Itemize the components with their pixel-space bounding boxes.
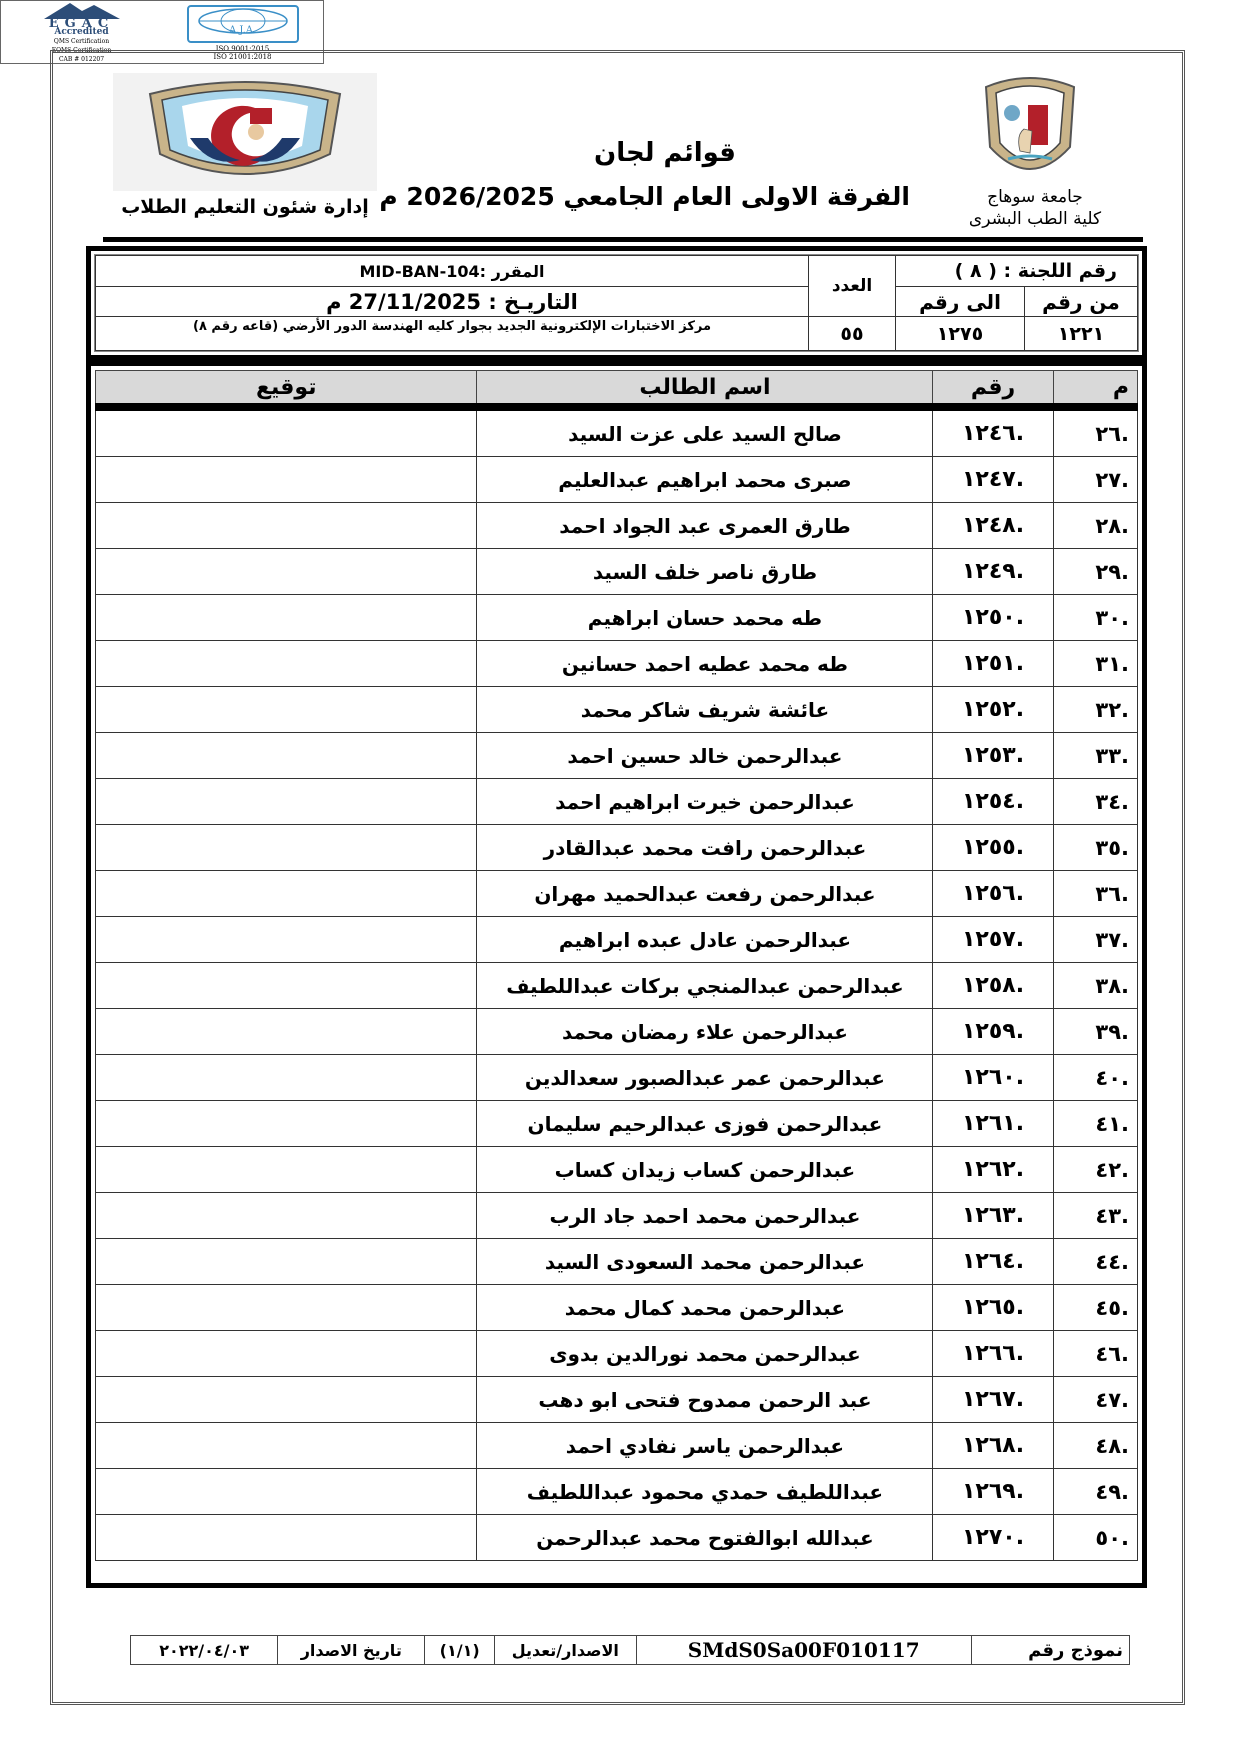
exam-date: التاريـخ : 27/11/2025 م — [96, 287, 809, 317]
form-code: SMdS0Sa00F010117 — [636, 1636, 971, 1665]
header-divider — [103, 237, 1143, 242]
table-row: .٣٧.١٢٥٧عبدالرحمن عادل عبده ابراهيم — [96, 917, 1138, 963]
signature-cell — [96, 1469, 477, 1515]
signature-cell — [96, 549, 477, 595]
student-number-cell: .١٢٥٧ — [933, 917, 1053, 963]
serial-cell: .٣٥ — [1053, 825, 1137, 871]
student-number-cell: .١٢٥٨ — [933, 963, 1053, 1009]
to-number-value: ١٢٧٥ — [896, 317, 1025, 351]
committee-number: رقم اللجنة : ( ٨ ) — [896, 256, 1138, 287]
signature-cell — [96, 963, 477, 1009]
issue-date-value: ٢٠٢٢/٠٤/٠٣ — [131, 1636, 278, 1665]
department-label: إدارة شئون التعليم الطلاب — [120, 196, 370, 218]
signature-cell — [96, 457, 477, 503]
signature-cell — [96, 1055, 477, 1101]
student-name-cell: عبدالرحمن خيرت ابراهيم احمد — [477, 779, 933, 825]
version-label: الاصدار/تعديل — [495, 1636, 637, 1665]
table-row: .٢٧.١٢٤٧صبرى محمد ابراهيم عبدالعليم — [96, 457, 1138, 503]
student-number-cell: .١٢٥٩ — [933, 1009, 1053, 1055]
student-name-cell: عبدالرحمن كساب زيدان كساب — [477, 1147, 933, 1193]
serial-cell: .٣٠ — [1053, 595, 1137, 641]
signature-cell — [96, 1515, 477, 1561]
signature-cell — [96, 407, 477, 457]
student-name-cell: طارق ناصر خلف السيد — [477, 549, 933, 595]
course-code: المقرر :MID-BAN-104 — [96, 256, 809, 287]
student-number-cell: .١٢٦٧ — [933, 1377, 1053, 1423]
globe-icon: A.J.A — [187, 5, 299, 43]
table-row: .٢٩.١٢٤٩طارق ناصر خلف السيد — [96, 549, 1138, 595]
student-name-cell: طه محمد حسان ابراهيم — [477, 595, 933, 641]
serial-cell: .٤٥ — [1053, 1285, 1137, 1331]
student-number-cell: .١٢٦٦ — [933, 1331, 1053, 1377]
student-number-cell: .١٢٤٨ — [933, 503, 1053, 549]
signature-cell — [96, 1193, 477, 1239]
student-number-cell: .١٢٤٦ — [933, 407, 1053, 457]
page-subtitle: الفرقة الاولى العام الجامعي 2026/2025 م — [410, 182, 910, 211]
table-row: .٤١.١٢٦١عبدالرحمن فوزى عبدالرحيم سليمان — [96, 1101, 1138, 1147]
student-name-cell: صبرى محمد ابراهيم عبدالعليم — [477, 457, 933, 503]
student-name-cell: طارق العمرى عبد الجواد احمد — [477, 503, 933, 549]
signature-cell — [96, 1331, 477, 1377]
page-title: قوائم لجان — [500, 138, 830, 168]
student-number-cell: .١٢٤٧ — [933, 457, 1053, 503]
student-number-cell: .١٢٦٣ — [933, 1193, 1053, 1239]
table-row: .٤٠.١٢٦٠عبدالرحمن عمر عبدالصبور سعدالدين — [96, 1055, 1138, 1101]
student-name-cell: عبدالرحمن رفعت عبدالحميد مهران — [477, 871, 933, 917]
serial-cell: .٤٠ — [1053, 1055, 1137, 1101]
table-header-row: م رقم اسم الطالب توقيع — [96, 371, 1138, 408]
sohag-university-logo — [975, 72, 1085, 190]
table-row: .٣٩.١٢٥٩عبدالرحمن علاء رمضان محمد — [96, 1009, 1138, 1055]
signature-cell — [96, 595, 477, 641]
university-name: جامعة سوهاج — [950, 186, 1120, 208]
student-number-cell: .١٢٦٠ — [933, 1055, 1053, 1101]
from-number-value: ١٢٢١ — [1025, 317, 1138, 351]
table-row: .٤٥.١٢٦٥عبدالرحمن محمد كمال محمد — [96, 1285, 1138, 1331]
table-row: .٣١.١٢٥١طه محمد عطيه احمد حسانين — [96, 641, 1138, 687]
serial-cell: .٤٤ — [1053, 1239, 1137, 1285]
signature-cell — [96, 1239, 477, 1285]
table-row: .٤٢.١٢٦٢عبدالرحمن كساب زيدان كساب — [96, 1147, 1138, 1193]
serial-cell: .٣٩ — [1053, 1009, 1137, 1055]
signature-cell — [96, 1377, 477, 1423]
serial-cell: .٤٩ — [1053, 1469, 1137, 1515]
issue-date-label: تاريخ الاصدار — [278, 1636, 425, 1665]
student-number-cell: .١٢٦٨ — [933, 1423, 1053, 1469]
student-name-cell: عبدالرحمن عبدالمنجي بركات عبداللطيف — [477, 963, 933, 1009]
student-name-cell: عبدالرحمن محمد احمد جاد الرب — [477, 1193, 933, 1239]
serial-cell: .٣٣ — [1053, 733, 1137, 779]
student-number-cell: .١٢٦٩ — [933, 1469, 1053, 1515]
serial-cell: .٥٠ — [1053, 1515, 1137, 1561]
signature-cell — [96, 825, 477, 871]
university-label: جامعة سوهاج كلية الطب البشرى — [950, 186, 1120, 230]
committee-info-box: رقم اللجنة : ( ٨ ) العدد المقرر :MID-BAN… — [86, 246, 1147, 360]
serial-cell: .٢٩ — [1053, 549, 1137, 595]
student-name-cell: عبدالله ابوالفتوح محمد عبدالرحمن — [477, 1515, 933, 1561]
committee-info-table: رقم اللجنة : ( ٨ ) العدد المقرر :MID-BAN… — [95, 255, 1138, 351]
student-name-cell: عبدالرحمن فوزى عبدالرحيم سليمان — [477, 1101, 933, 1147]
student-name-cell: عبداللطيف حمدي محمود عبداللطيف — [477, 1469, 933, 1515]
table-row: .٤٤.١٢٦٤عبدالرحمن محمد السعودى السيد — [96, 1239, 1138, 1285]
student-number-cell: .١٢٧٠ — [933, 1515, 1053, 1561]
form-footer: نموذج رقم SMdS0Sa00F010117 الاصدار/تعديل… — [130, 1635, 1130, 1665]
serial-cell: .٢٧ — [1053, 457, 1137, 503]
serial-cell: .٣٤ — [1053, 779, 1137, 825]
serial-cell: .٤٨ — [1053, 1423, 1137, 1469]
faculty-crest-icon — [130, 76, 360, 188]
student-number-cell: .١٢٥٠ — [933, 595, 1053, 641]
signature-cell — [96, 733, 477, 779]
table-row: .٢٨.١٢٤٨طارق العمرى عبد الجواد احمد — [96, 503, 1138, 549]
student-number-cell: .١٢٥٣ — [933, 733, 1053, 779]
table-row: .٤٧.١٢٦٧عبد الرحمن ممدوح فتحى ابو دهب — [96, 1377, 1138, 1423]
student-number-cell: .١٢٦٤ — [933, 1239, 1053, 1285]
serial-cell: .٤٢ — [1053, 1147, 1137, 1193]
student-number-cell: .١٢٦٥ — [933, 1285, 1053, 1331]
serial-cell: .٤١ — [1053, 1101, 1137, 1147]
table-row: .٤٨.١٢٦٨عبدالرحمن ياسر نفادي احمد — [96, 1423, 1138, 1469]
student-name-cell: عبدالرحمن محمد السعودى السيد — [477, 1239, 933, 1285]
table-row: .٤٩.١٢٦٩عبداللطيف حمدي محمود عبداللطيف — [96, 1469, 1138, 1515]
count-label: العدد — [809, 256, 896, 317]
version-value: (١/١) — [425, 1636, 495, 1665]
signature-cell — [96, 917, 477, 963]
student-number-cell: .١٢٥١ — [933, 641, 1053, 687]
student-number-cell: .١٢٦٢ — [933, 1147, 1053, 1193]
signature-cell — [96, 1423, 477, 1469]
student-name-cell: صالح السيد على عزت السيد — [477, 407, 933, 457]
header-signature: توقيع — [96, 371, 477, 408]
student-name-cell: عبدالرحمن محمد نورالدين بدوى — [477, 1331, 933, 1377]
exam-location: مركز الاختبارات الإلكترونية الجديد بجوار… — [96, 317, 809, 351]
student-number-cell: .١٢٥٤ — [933, 779, 1053, 825]
svg-text:A.J.A: A.J.A — [228, 25, 254, 36]
student-name-cell: عبدالرحمن محمد كمال محمد — [477, 1285, 933, 1331]
student-name-cell: عبد الرحمن ممدوح فتحى ابو دهب — [477, 1377, 933, 1423]
students-table: م رقم اسم الطالب توقيع .٢٦.١٢٤٦صالح السي… — [95, 370, 1138, 1561]
header-student-name: اسم الطالب — [477, 371, 933, 408]
table-row: .٢٦.١٢٤٦صالح السيد على عزت السيد — [96, 407, 1138, 457]
serial-cell: .٤٦ — [1053, 1331, 1137, 1377]
table-row: .٣٥.١٢٥٥عبدالرحمن رافت محمد عبدالقادر — [96, 825, 1138, 871]
serial-cell: .٤٣ — [1053, 1193, 1137, 1239]
student-name-cell: طه محمد عطيه احمد حسانين — [477, 641, 933, 687]
student-name-cell: عبدالرحمن عمر عبدالصبور سعدالدين — [477, 1055, 933, 1101]
serial-cell: .٣٦ — [1053, 871, 1137, 917]
student-number-cell: .١٢٥٢ — [933, 687, 1053, 733]
header-serial: م — [1053, 371, 1137, 408]
from-number-label: من رقم — [1025, 287, 1138, 317]
student-name-cell: عبدالرحمن خالد حسين احمد — [477, 733, 933, 779]
students-table-box: م رقم اسم الطالب توقيع .٢٦.١٢٤٦صالح السي… — [86, 360, 1147, 1588]
university-crest-icon — [980, 73, 1080, 189]
signature-cell — [96, 1147, 477, 1193]
table-row: .٣٤.١٢٥٤عبدالرحمن خيرت ابراهيم احمد — [96, 779, 1138, 825]
table-row: .٤٣.١٢٦٣عبدالرحمن محمد احمد جاد الرب — [96, 1193, 1138, 1239]
serial-cell: .٤٧ — [1053, 1377, 1137, 1423]
student-number-cell: .١٢٦١ — [933, 1101, 1053, 1147]
count-value: ٥٥ — [809, 317, 896, 351]
serial-cell: .٣٧ — [1053, 917, 1137, 963]
student-name-cell: عائشة شريف شاكر محمد — [477, 687, 933, 733]
serial-cell: .٢٦ — [1053, 407, 1137, 457]
table-row: .٣٢.١٢٥٢عائشة شريف شاكر محمد — [96, 687, 1138, 733]
serial-cell: .٣٨ — [1053, 963, 1137, 1009]
table-row: .٥٠.١٢٧٠عبدالله ابوالفتوح محمد عبدالرحمن — [96, 1515, 1138, 1561]
table-row: .٣٨.١٢٥٨عبدالرحمن عبدالمنجي بركات عبدالل… — [96, 963, 1138, 1009]
student-number-cell: .١٢٥٦ — [933, 871, 1053, 917]
serial-cell: .٣٢ — [1053, 687, 1137, 733]
serial-cell: .٢٨ — [1053, 503, 1137, 549]
student-name-cell: عبدالرحمن ياسر نفادي احمد — [477, 1423, 933, 1469]
table-row: .٣٠.١٢٥٠طه محمد حسان ابراهيم — [96, 595, 1138, 641]
faculty-of-medicine-logo — [113, 73, 377, 191]
signature-cell — [96, 1009, 477, 1055]
signature-cell — [96, 503, 477, 549]
table-row: .٣٣.١٢٥٣عبدالرحمن خالد حسين احمد — [96, 733, 1138, 779]
signature-cell — [96, 779, 477, 825]
student-name-cell: عبدالرحمن عادل عبده ابراهيم — [477, 917, 933, 963]
signature-cell — [96, 687, 477, 733]
signature-cell — [96, 641, 477, 687]
student-name-cell: عبدالرحمن علاء رمضان محمد — [477, 1009, 933, 1055]
signature-cell — [96, 1101, 477, 1147]
signature-cell — [96, 871, 477, 917]
header-number: رقم — [933, 371, 1053, 408]
signature-cell — [96, 1285, 477, 1331]
student-name-cell: عبدالرحمن رافت محمد عبدالقادر — [477, 825, 933, 871]
to-number-label: الى رقم — [896, 287, 1025, 317]
student-number-cell: .١٢٤٩ — [933, 549, 1053, 595]
table-row: .٤٦.١٢٦٦عبدالرحمن محمد نورالدين بدوى — [96, 1331, 1138, 1377]
form-number-label: نموذج رقم — [971, 1636, 1129, 1665]
faculty-name: كلية الطب البشرى — [950, 208, 1120, 230]
serial-cell: .٣١ — [1053, 641, 1137, 687]
student-number-cell: .١٢٥٥ — [933, 825, 1053, 871]
table-row: .٣٦.١٢٥٦عبدالرحمن رفعت عبدالحميد مهران — [96, 871, 1138, 917]
